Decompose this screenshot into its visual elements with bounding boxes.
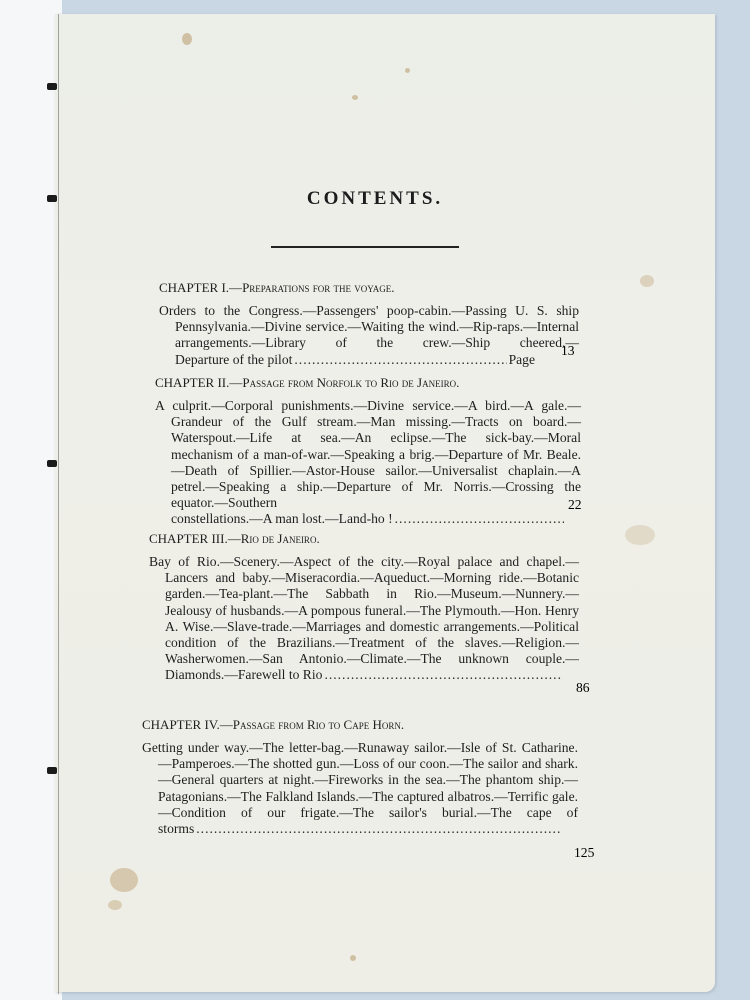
chapter-heading: CHAPTER II.—Passage from Norfolk to Rio … (155, 375, 581, 391)
foxing-stain (350, 955, 356, 961)
page-number: 86 (576, 680, 590, 696)
binding-stitch (47, 767, 57, 774)
chapter-entry-4: CHAPTER IV.—Passage from Rio to Cape Hor… (142, 717, 578, 837)
foxing-stain (405, 68, 410, 73)
chapter-summary: Orders to the Congress.—Passengers' poop… (159, 303, 579, 368)
foxing-stain (352, 95, 358, 100)
foxing-stain (108, 900, 122, 910)
chapter-heading: CHAPTER I.—Preparations for the voyage. (159, 280, 579, 296)
chapter-heading: CHAPTER III.—Rio de Janeiro. (149, 531, 579, 547)
page-number: 22 (568, 497, 582, 513)
title-rule (271, 246, 459, 248)
foxing-stain (182, 33, 192, 45)
chapter-entry-2: CHAPTER II.—Passage from Norfolk to Rio … (155, 375, 581, 528)
chapter-entry-1: CHAPTER I.—Preparations for the voyage. … (159, 280, 579, 368)
foxing-stain (110, 868, 138, 892)
page-number: 13 (561, 343, 575, 359)
foxing-stain (625, 525, 655, 545)
chapter-summary: Getting under way.—The letter-bag.—Runaw… (142, 740, 578, 837)
chapter-heading: CHAPTER IV.—Passage from Rio to Cape Hor… (142, 717, 578, 733)
chapter-entry-3: CHAPTER III.—Rio de Janeiro. Bay of Rio.… (149, 531, 579, 684)
foxing-stain (640, 275, 654, 287)
spine-binding (58, 14, 59, 994)
page-number: 125 (574, 845, 594, 861)
page-title: CONTENTS. (0, 188, 750, 210)
chapter-summary: Bay of Rio.—Scenery.—Aspect of the city.… (149, 554, 579, 684)
binding-stitch (47, 83, 57, 90)
binding-stitch (47, 460, 57, 467)
facing-page-edge (0, 0, 62, 1000)
chapter-summary: A culprit.—Corporal punishments.—Divine … (155, 398, 581, 528)
